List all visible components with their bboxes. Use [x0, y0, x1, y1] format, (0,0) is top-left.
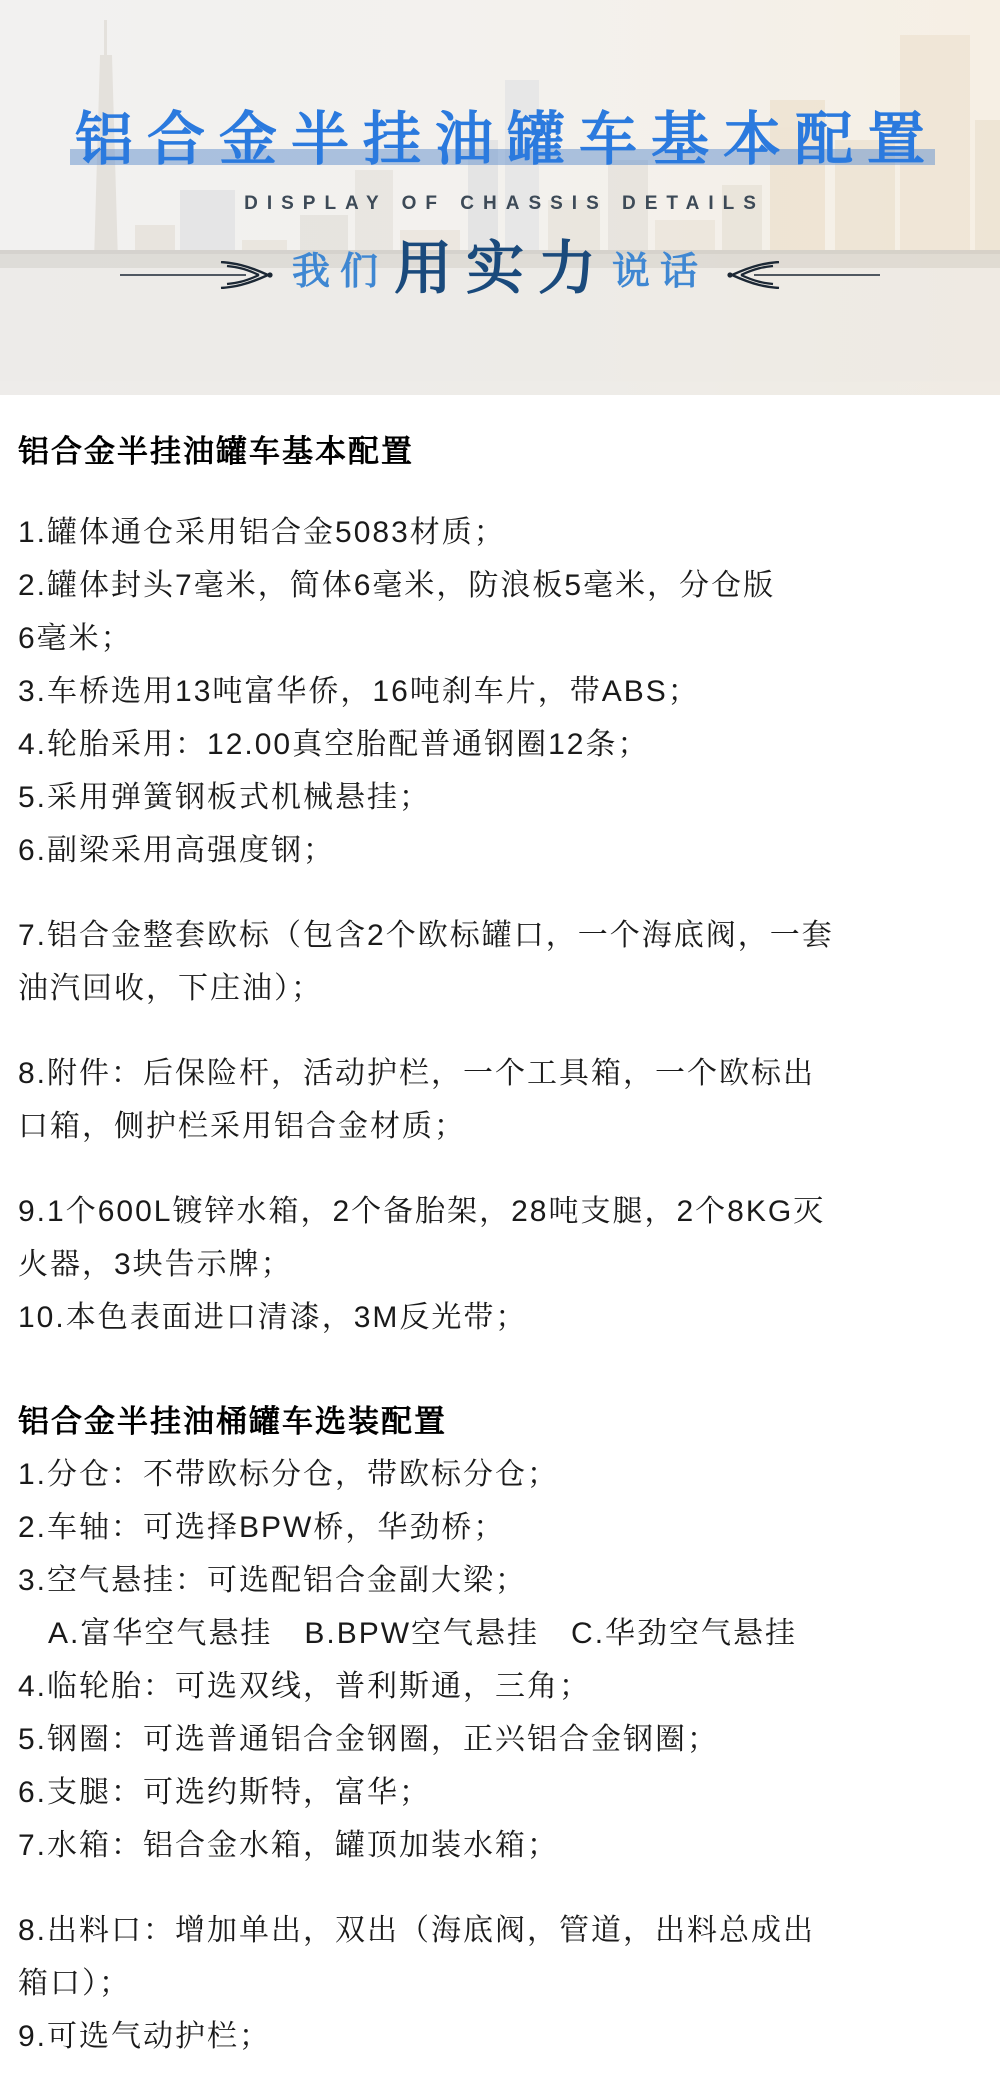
spec-line: 2.车轴：可选择BPW桥，华劲桥；	[18, 1501, 960, 1554]
spec-line: 6毫米；	[18, 612, 960, 665]
page-subtitle: DISPLAY OF CHASSIS DETAILS	[0, 193, 1000, 215]
spec-line: 油汽回收，下庄油）；	[18, 962, 960, 1015]
page-title: 铝合金半挂油罐车基本配置	[0, 92, 1000, 176]
section-heading: 铝合金半挂油桶罐车选装配置	[18, 1400, 960, 1444]
section-optional-config: 铝合金半挂油桶罐车选装配置 1.分仓：不带欧标分仓，带欧标分仓； 2.车轴：可选…	[18, 1400, 960, 2063]
spec-line: 箱口）；	[18, 1957, 960, 2010]
arrow-ornament-right-icon	[722, 261, 882, 289]
spec-content: 铝合金半挂油罐车基本配置 1.罐体通仓采用铝合金5083材质； 2.罐体封头7毫…	[0, 395, 1000, 2063]
slogan-right-text: 说话	[612, 240, 708, 295]
spec-line: 5.采用弹簧钢板式机械悬挂；	[18, 771, 960, 824]
spec-line: A.富华空气悬挂 B.BPW空气悬挂 C.华劲空气悬挂	[18, 1607, 960, 1660]
spec-line: 9.可选气动护栏；	[18, 2010, 960, 2063]
slogan-left-text: 我们	[292, 240, 388, 295]
slogan-main-text: 用实力	[394, 240, 610, 298]
spec-line: 2.罐体封头7毫米，简体6毫米，防浪板5毫米，分仓版	[18, 559, 960, 612]
spec-line: 10.本色表面进口清漆，3M反光带；	[18, 1291, 960, 1344]
spec-line: 3.空气悬挂：可选配铝合金副大梁；	[18, 1554, 960, 1607]
section-heading: 铝合金半挂油罐车基本配置	[18, 430, 960, 474]
spec-line: 7.水箱：铝合金水箱，罐顶加装水箱；	[18, 1819, 960, 1872]
spec-line: 9.1个600L镀锌水箱，2个备胎架，28吨支腿，2个8KG灭	[18, 1185, 960, 1238]
spec-line: 4.轮胎采用：12.00真空胎配普通钢圈12条；	[18, 718, 960, 771]
spec-line: 8.附件：后保险杆，活动护栏，一个工具箱，一个欧标出	[18, 1047, 960, 1100]
arrow-ornament-left-icon	[118, 261, 278, 289]
spec-line: 口箱，侧护栏采用铝合金材质；	[18, 1100, 960, 1153]
spec-line: 6.支腿：可选约斯特，富华；	[18, 1766, 960, 1819]
spec-line: 7.铝合金整套欧标（包含2个欧标罐口，一个海底阀，一套	[18, 909, 960, 962]
spec-line: 火器，3块告示牌；	[18, 1238, 960, 1291]
spec-line: 4.临轮胎：可选双线，普利斯通，三角；	[18, 1660, 960, 1713]
spec-line: 5.钢圈：可选普通铝合金钢圈，正兴铝合金钢圈；	[18, 1713, 960, 1766]
spec-line: 8.出料口：增加单出，双出（海底阀，管道，出料总成出	[18, 1904, 960, 1957]
section-basic-config: 铝合金半挂油罐车基本配置 1.罐体通仓采用铝合金5083材质； 2.罐体封头7毫…	[18, 430, 960, 1344]
slogan: 我们 用实力 说话	[0, 228, 1000, 298]
spec-line: 6.副梁采用高强度钢；	[18, 824, 960, 877]
hero-banner: 铝合金半挂油罐车基本配置 DISPLAY OF CHASSIS DETAILS …	[0, 0, 1000, 395]
product-detail-page: 铝合金半挂油罐车基本配置 DISPLAY OF CHASSIS DETAILS …	[0, 0, 1000, 2095]
spec-line: 3.车桥选用13吨富华侨，16吨刹车片，带ABS；	[18, 665, 960, 718]
spec-line: 1.分仓：不带欧标分仓，带欧标分仓；	[18, 1448, 960, 1501]
spec-line: 1.罐体通仓采用铝合金5083材质；	[18, 506, 960, 559]
